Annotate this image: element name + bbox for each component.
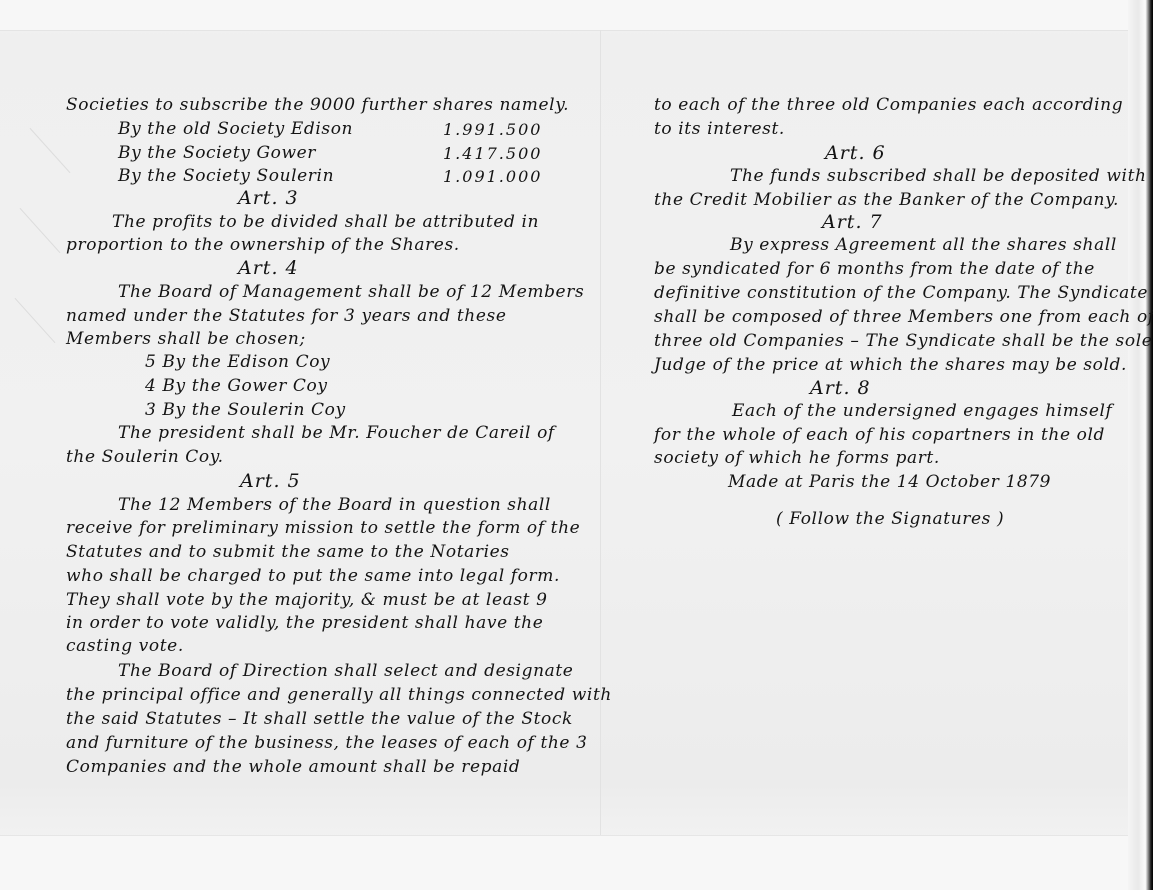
article-heading: Art. 5 (240, 469, 301, 493)
article-heading: Art. 4 (238, 256, 299, 280)
subscription-amount: 1.091.000 (443, 167, 542, 186)
member-allocation: 5 By the Edison Coy (145, 350, 330, 374)
article-text-line: Members shall be chosen; (66, 327, 306, 351)
article-text-line: The funds subscribed shall be deposited … (730, 164, 1147, 188)
intro-line: Societies to subscribe the 9000 further … (66, 93, 569, 117)
article-text-line: The profits to be divided shall be attri… (112, 210, 539, 234)
article-text-line: the principal office and generally all t… (66, 683, 612, 707)
article-text-line: society of which he forms part. (654, 446, 940, 470)
subscription-amount: 1.991.500 (443, 120, 542, 139)
article-heading: Art. 6 (825, 141, 886, 165)
signatures-note: ( Follow the Signatures ) (776, 507, 1004, 531)
article-text-line: be syndicated for 6 months from the date… (654, 257, 1095, 281)
article-text-line: casting vote. (66, 634, 184, 658)
article-text-line: The Board of Direction shall select and … (118, 659, 573, 683)
continuation-line: to its interest. (654, 117, 785, 141)
article-text-line: for the whole of each of his copartners … (654, 423, 1105, 447)
scanned-document: Societies to subscribe the 9000 further … (0, 0, 1153, 890)
right-page: to each of the three old Companies each … (600, 0, 1128, 890)
article-text-line: in order to vote validly, the president … (66, 611, 543, 635)
left-page: Societies to subscribe the 9000 further … (0, 0, 600, 890)
article-text-line: Each of the undersigned engages himself (732, 399, 1112, 423)
subscription-label: By the Society Gower (118, 141, 316, 165)
article-text-line: the Soulerin Coy. (66, 445, 224, 469)
article-text-line: shall be composed of three Members one f… (654, 305, 1153, 329)
member-allocation: 3 By the Soulerin Coy (145, 398, 346, 422)
subscription-label: By the old Society Edison (118, 117, 353, 141)
article-heading: Art. 3 (238, 186, 299, 210)
article-text-line: and furniture of the business, the lease… (66, 731, 588, 755)
article-text-line: The 12 Members of the Board in question … (118, 493, 551, 517)
article-text-line: Companies and the whole amount shall be … (66, 755, 520, 779)
article-heading: Art. 7 (822, 210, 883, 234)
subscription-amount: 1.417.500 (443, 144, 542, 163)
continuation-line: to each of the three old Companies each … (654, 93, 1123, 117)
article-text-line: Judge of the price at which the shares m… (654, 353, 1127, 377)
article-text-line: the Credit Mobilier as the Banker of the… (654, 188, 1119, 212)
article-text-line: Statutes and to submit the same to the N… (66, 540, 510, 564)
article-text-line: three old Companies – The Syndicate shal… (654, 329, 1152, 353)
member-allocation: 4 By the Gower Coy (145, 374, 328, 398)
subscription-label: By the Society Soulerin (118, 164, 334, 188)
article-text-line: The Board of Management shall be of 12 M… (118, 280, 584, 304)
closing-date-line: Made at Paris the 14 October 1879 (728, 470, 1051, 494)
scan-right-edge (1128, 0, 1153, 890)
article-text-line: the said Statutes – It shall settle the … (66, 707, 573, 731)
article-text-line: receive for preliminary mission to settl… (66, 516, 580, 540)
article-text-line: named under the Statutes for 3 years and… (66, 304, 507, 328)
article-text-line: who shall be charged to put the same int… (66, 564, 560, 588)
article-text-line: proportion to the ownership of the Share… (66, 233, 460, 257)
article-text-line: The president shall be Mr. Foucher de Ca… (118, 421, 555, 445)
article-text-line: definitive constitution of the Company. … (654, 281, 1148, 305)
article-text-line: By express Agreement all the shares shal… (730, 233, 1117, 257)
article-heading: Art. 8 (810, 376, 871, 400)
article-text-line: They shall vote by the majority, & must … (66, 588, 548, 612)
